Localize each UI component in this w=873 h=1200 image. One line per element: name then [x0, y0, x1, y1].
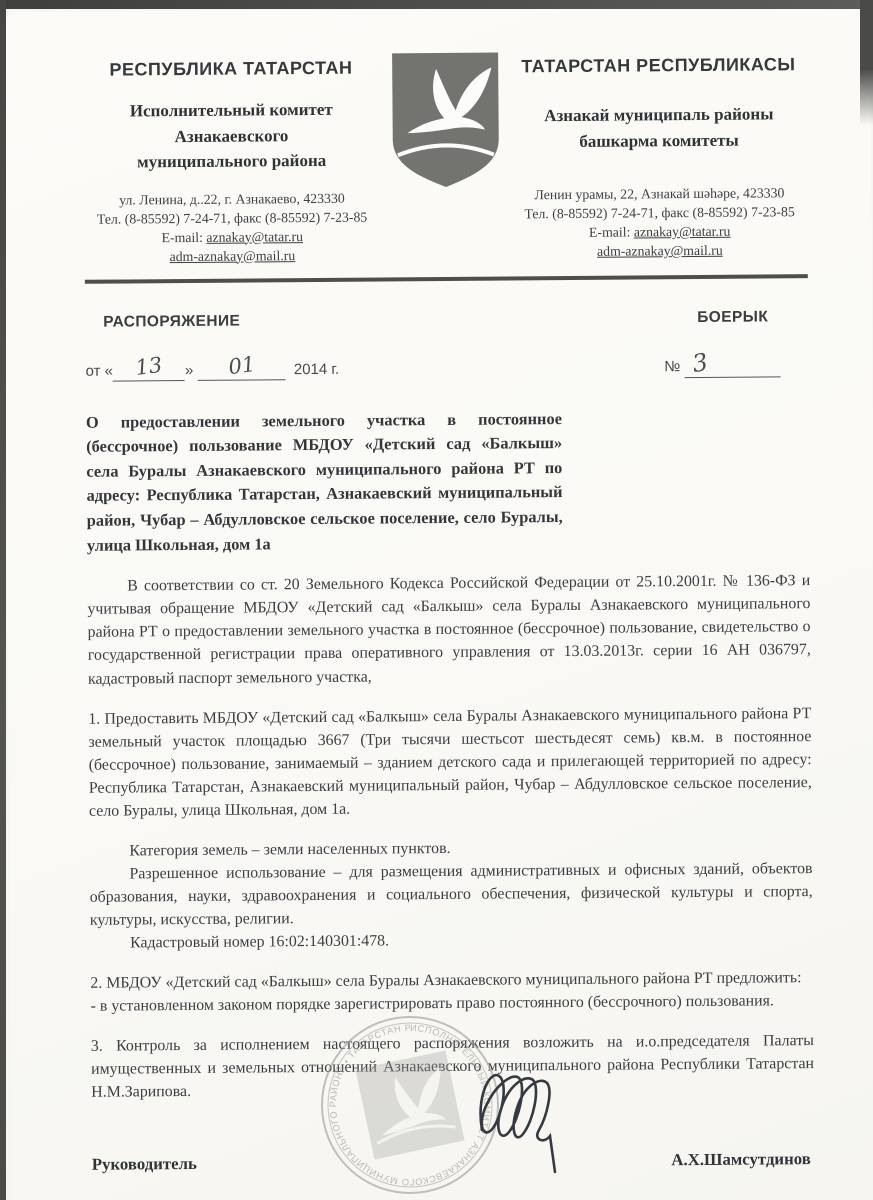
email-address-1: aznakay@tatar.ru: [206, 229, 303, 245]
handwritten-number: 3: [690, 348, 710, 378]
letterhead-tatar: ТАТАРСТАН РЕСПУБЛИКАСЫ Азнакай муниципал…: [511, 42, 808, 263]
street-address-tt: Ленин урамы, 22, Азнакай шәһәре, 423330: [512, 183, 808, 204]
date-day-blank: 13: [113, 356, 185, 382]
subject-paragraph: О предоставлении земельного участка в по…: [86, 407, 563, 558]
letterhead: РЕСПУБЛИКА ТАТАРСТАН Исполнительный коми…: [83, 42, 808, 266]
handwritten-day: 13: [134, 352, 164, 379]
date-line: от «13» 01 2014 г.: [85, 354, 339, 381]
signer-name: А.Х.Шамсутдинов: [671, 1149, 811, 1170]
date-month-blank: 01: [197, 355, 285, 381]
document-type-row: РАСПОРЯЖЕНИЕ БОЕРЫК: [85, 308, 808, 332]
doc-type-tatar: БОЕРЫК: [697, 308, 768, 327]
phone-fax-ru: Тел. (8-85592) 7-24-71, факс (8-85592) 7…: [84, 207, 380, 228]
handwritten-month: 01: [227, 352, 257, 379]
street-address-ru: ул. Ленина, д..22, г. Азнакаево, 423330: [84, 188, 380, 209]
address-block-ru: ул. Ленина, д..22, г. Азнакаево, 423330 …: [84, 188, 380, 266]
doc-type-russian: РАСПОРЯЖЕНИЕ: [103, 312, 240, 331]
address-block-tt: Ленин урамы, 22, Азнакай шәһәре, 423330 …: [512, 183, 808, 261]
email-address-1-tt: aznakay@tatar.ru: [634, 224, 731, 240]
email-line-2-tt: adm-aznakay@mail.ru: [512, 240, 808, 261]
body-paragraph: В соответствии со ст. 20 Земельного Коде…: [87, 569, 811, 690]
email-line-1: E-mail: aznakay@tatar.ru: [84, 226, 380, 247]
number-blank: 3: [684, 348, 780, 378]
body-paragraph: Кадастровый номер 16:02:140301:478.: [90, 926, 813, 955]
number-line: № 3: [664, 348, 780, 378]
email-line-2: adm-aznakay@mail.ru: [85, 245, 381, 266]
pen-signature: [472, 1052, 576, 1183]
phone-fax-tt: Тел. (8-85592) 7-24-71, факс (8-85592) 7…: [512, 202, 808, 223]
scanner-edge-top: [0, 0, 873, 9]
organization-name-tt: Азнакай муниципаль районы башкарма комит…: [511, 101, 807, 154]
scanner-edge-right: [860, 0, 873, 125]
letterhead-russian: РЕСПУБЛИКА ТАТАРСТАН Исполнительный коми…: [83, 45, 380, 266]
email-line-1-tt: E-mail: aznakay@tatar.ru: [512, 221, 808, 242]
scanner-edge-left: [0, 0, 6, 1200]
date-number-row: от «13» 01 2014 г. № 3: [85, 348, 808, 383]
signer-position: Руководитель: [92, 1153, 197, 1174]
republic-name-ru: РЕСПУБЛИКА ТАТАРСТАН: [83, 57, 379, 80]
email-address-2-tt: adm-aznakay@mail.ru: [597, 243, 723, 259]
organization-name-ru: Исполнительный комитет Азнакаевского мун…: [83, 96, 379, 175]
email-address-2: adm-aznakay@mail.ru: [169, 248, 295, 264]
coat-of-arms-icon: [385, 48, 507, 264]
body-paragraph: 1. Предоставить МБДОУ «Детский сад «Балк…: [88, 702, 812, 823]
letterhead-divider: [85, 274, 808, 284]
republic-name-tt: ТАТАРСТАН РЕСПУБЛИКАСЫ: [511, 54, 807, 77]
body-paragraph: Разрешенное использование – для размещен…: [89, 857, 813, 932]
